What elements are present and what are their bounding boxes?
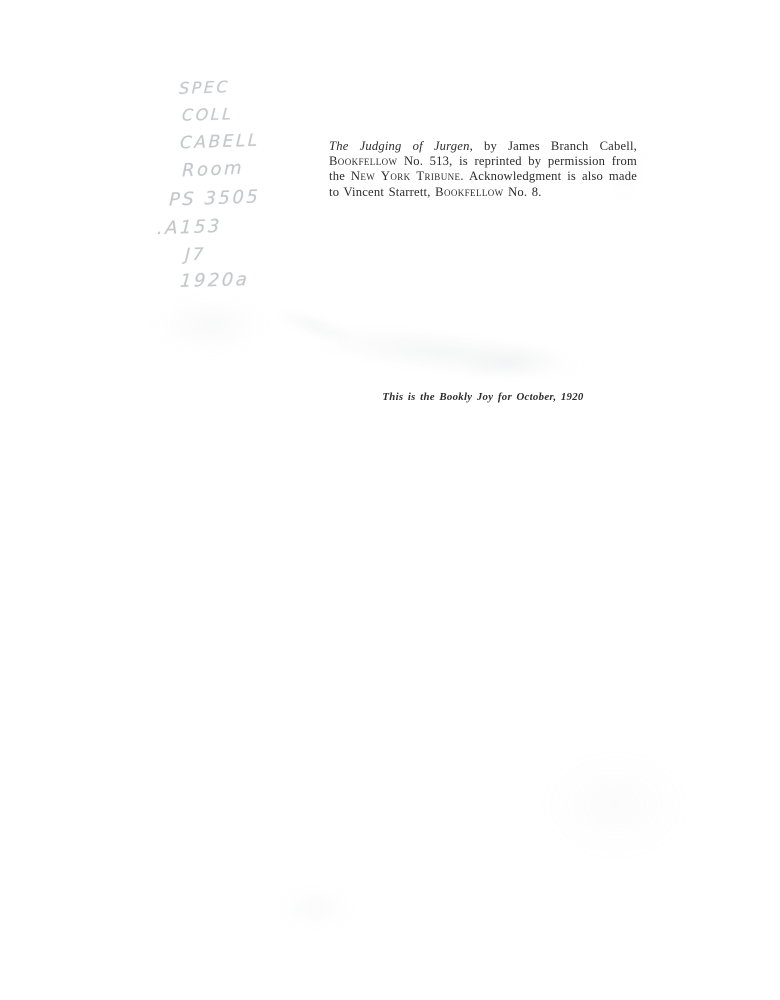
scan-smudge bbox=[540, 750, 690, 860]
smallcaps-new-york-tribune: New York Tribune bbox=[351, 169, 461, 183]
handwriting-line-cabell: CABELL bbox=[180, 131, 261, 154]
ack-text-segment: No. 8. bbox=[504, 185, 542, 199]
scan-smudge bbox=[269, 302, 361, 351]
smallcaps-bookfellow: Bookfellow bbox=[329, 154, 397, 168]
handwriting-line-a153: .A153 bbox=[156, 216, 222, 239]
smallcaps-bookfellow: Bookfellow bbox=[435, 185, 503, 199]
handwriting-line-room: Room bbox=[182, 158, 244, 182]
acknowledgment-paragraph: The Judging of Jurgen, by James Branch C… bbox=[329, 139, 637, 200]
handwriting-line-coll: COLL bbox=[181, 104, 234, 124]
scan-smudge bbox=[298, 315, 591, 390]
scan-smudge bbox=[275, 885, 355, 930]
scan-smudge bbox=[150, 295, 270, 355]
handwriting-line-ps3505: PS 3505 bbox=[169, 186, 261, 210]
handwriting-line-spec: SPEC bbox=[179, 77, 231, 98]
colophon-line: This is the Bookly Joy for October, 1920 bbox=[329, 391, 637, 403]
scan-smudge bbox=[454, 341, 566, 384]
book-title-italic: The Judging of Jurgen bbox=[329, 139, 470, 153]
handwriting-line-1920a: 1920a bbox=[179, 269, 250, 292]
ack-text-segment: , by James Branch Cabell, bbox=[470, 139, 637, 153]
handwriting-line-j7: J7 bbox=[185, 245, 207, 266]
scanned-book-page: SPEC COLL CABELL Room PS 3505 .A153 J7 1… bbox=[0, 0, 780, 1000]
